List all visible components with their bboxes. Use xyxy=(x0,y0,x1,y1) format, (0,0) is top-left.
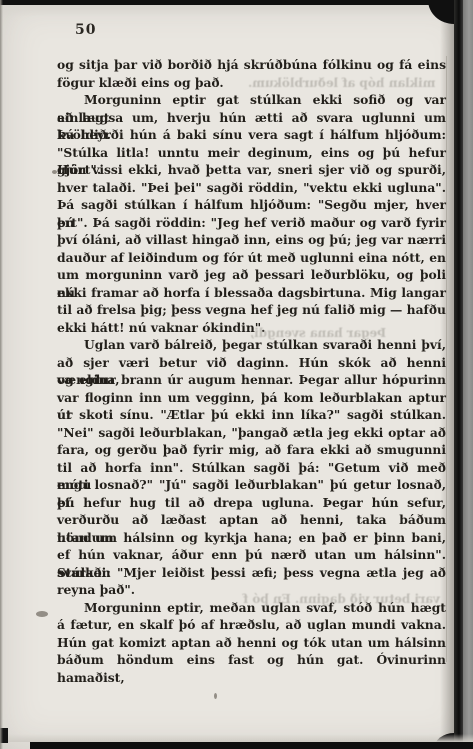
text-line: því óláni, að villast hingað inn, eins o… xyxy=(57,231,446,249)
text-line: svaraði: "Mjer leiðist þessi æfi; þess v… xyxy=(57,564,446,582)
book-edge-dark-strip xyxy=(454,0,463,749)
text-line: Hún vissi ekki, hvað þetta var, sneri sj… xyxy=(57,161,446,179)
text-line: Morguninn eptir gat stúlkan ekki sofið o… xyxy=(57,91,446,109)
verso-fold-line xyxy=(446,56,447,662)
text-line: til að frelsa þig; þess vegna hef jeg nú… xyxy=(57,301,446,319)
ink-speck xyxy=(36,611,48,617)
text-line: og eldur brann úr augum hennar. Þegar al… xyxy=(57,371,446,389)
text-line: utan um hálsinn og kyrkja hana; en það e… xyxy=(57,529,446,547)
text-line: fara, og gerðu það fyrir mig, að fara ek… xyxy=(57,441,446,459)
scan-corner-top-right xyxy=(428,0,454,24)
text-line: þú hefur hug til að drepa ugluna. Þegar … xyxy=(57,494,446,512)
text-line: til að horfa inn". Stúlkan sagði þá: "Ge… xyxy=(57,459,446,477)
book-page-scan: 50 og sitja þar við borðið hjá skrúðbúna… xyxy=(0,0,473,749)
text-line: ekki framar að horfa í blessaða dagsbirt… xyxy=(57,284,446,302)
text-line: á fætur, en skalf þó af hræðslu, að ugla… xyxy=(57,616,446,634)
text-line: ert". Þá sagði röddin: "Jeg hef verið ma… xyxy=(57,214,446,232)
text-line: að sjer væri betur við daginn. Hún skók … xyxy=(57,354,446,372)
text-line: Þá heyrði hún á baki sínu vera sagt í há… xyxy=(57,126,446,144)
text-line: og sitja þar við borðið hjá skrúðbúna fó… xyxy=(57,56,446,74)
text-line: báðum höndum eins fast og hún gat. Óvinu… xyxy=(57,651,446,669)
scan-bottom-haze xyxy=(0,734,473,742)
scan-top-haze xyxy=(0,5,473,17)
text-line: móti losnað?" "Jú" sagði leðurblakan" þú… xyxy=(57,476,446,494)
text-block: og sitja þar við borðið hjá skrúðbúna fó… xyxy=(57,56,446,669)
scan-left-edge xyxy=(0,0,3,749)
book-edge-gray-strip xyxy=(463,0,473,749)
scan-bottom-edge xyxy=(30,742,473,749)
text-line: Hún gat komizt aptan að henni og tók uta… xyxy=(57,634,446,652)
text-line: Þá sagði stúlkan í hálfum hljóðum: "Segð… xyxy=(57,196,446,214)
text-line: "Stúlka litla! unntu meir deginum, eins … xyxy=(57,144,446,162)
text-line: dauður af leiðindum og fór út með uglunn… xyxy=(57,249,446,267)
bleedthrough-text: vari betur við daginn. En þó f xyxy=(243,592,440,606)
text-line: hver talaði. "Þei þei" sagði röddin, "ve… xyxy=(57,179,446,197)
page-number: 50 xyxy=(75,22,96,38)
ink-speck xyxy=(52,170,57,174)
text-line: um morguninn varð jeg að þessari leðurbl… xyxy=(57,266,446,284)
text-line: ef hún vaknar, áður enn þú nærð utan um … xyxy=(57,546,446,564)
text-line: var floginn inn um vegginn, þá kom leður… xyxy=(57,389,446,407)
bleedthrough-text: miklan hóp af leðurblökum. xyxy=(248,76,435,90)
text-line: að hugsa um, hverju hún ætti að svara ug… xyxy=(57,109,446,127)
text-line: úr skoti sínu. "Ætlar þú ekki inn líka?"… xyxy=(57,406,446,424)
bleedthrough-text: Þegar hana svengdi, xyxy=(250,326,386,340)
text-line: verðurðu að læðast aptan að henni, taka … xyxy=(57,511,446,529)
ink-speck xyxy=(214,693,217,699)
text-line: "Nei" sagði leðurblakan, "þangað ætla je… xyxy=(57,424,446,442)
